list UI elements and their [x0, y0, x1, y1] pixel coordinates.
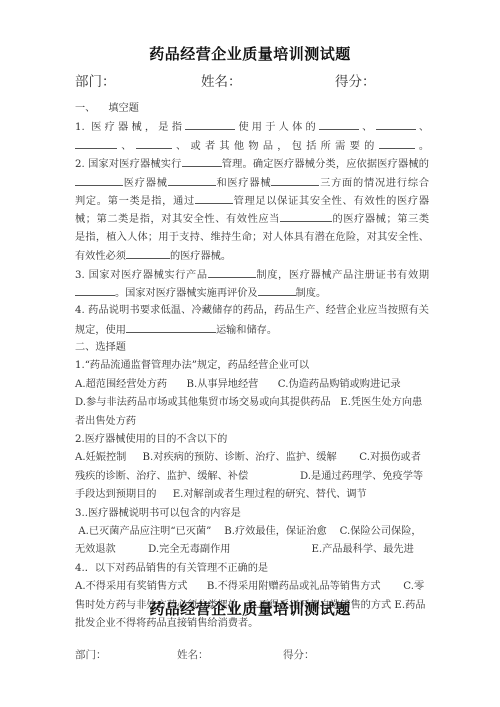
question-text: 械；第二类是指，对其安全性、有效性应当	[75, 214, 280, 225]
answer-blank[interactable]	[319, 118, 359, 130]
question-text: 、或者其他物品，包括所需要的	[172, 141, 379, 152]
fill-in-line: 4. 药品说明书要求低温、冷藏储存的药品，药品生产、经营企业应当按照有关	[75, 302, 429, 320]
answer-blank[interactable]	[126, 247, 170, 259]
answer-blank[interactable]	[271, 174, 319, 186]
answer-blank[interactable]	[195, 192, 233, 204]
choice-line: 2.医疗器械使用的目的不含以下的	[75, 431, 429, 449]
question-text: 判定。第一类是指，通过	[75, 196, 195, 207]
answer-blank[interactable]	[376, 118, 416, 130]
document-body: 一、 填空题 1. 医疗器械，是指使用于人体的、、、、或者其他物品，包括所需要的…	[75, 100, 429, 633]
choice-line: 无效退款 D.完全无毒副作用 E.产品最科学、最先进	[75, 541, 429, 559]
question-text: 医疗器械	[123, 178, 168, 189]
question-text: 运输和储存。	[216, 325, 277, 336]
fill-in-line: 3. 国家对医疗器械实行产品制度，医疗器械产品注册证书有效期	[75, 266, 429, 284]
question-text: 和医疗器械	[216, 178, 272, 189]
fill-in-line: 判定。第一类是指，通过管理足以保证其安全性、有效性的医疗器	[75, 192, 429, 210]
choice-line: 手段达到预期目的 E.对解剖或者生理过程的研究、替代、调节	[75, 486, 429, 504]
fill-in-questions: 1. 医疗器械，是指使用于人体的、、、、或者其他物品，包括所需要的。2. 国家对…	[75, 118, 429, 339]
question-text: 有效性必须	[75, 251, 126, 262]
question-text: 4. 药品说明书要求低温、冷藏储存的药品，药品生产、经营企业应当按照有关	[75, 305, 429, 316]
fill-in-line: 2. 国家对医疗器械实行管理。确定医疗器械分类，应依据医疗器械的	[75, 155, 429, 173]
choice-line: 1.“药品流通监督管理办法”规定，药品经营企业可以	[75, 357, 429, 375]
fill-in-line: 有效性必须的医疗器械。	[75, 247, 429, 265]
answer-blank[interactable]	[379, 137, 415, 149]
question-text: 。国家对医疗器械实施再评价及	[115, 288, 258, 299]
question-text: 管理足以保证其安全性、有效性的医疗器	[233, 196, 429, 207]
question-text: 、	[416, 122, 429, 133]
answer-blank[interactable]	[258, 284, 296, 296]
question-text: 是指，植入人体；用于支持、维持生命；对人体具有潜在危险，对其安全性、	[75, 232, 429, 243]
question-text: 三方面的情况进行综合	[319, 178, 429, 189]
answer-blank[interactable]	[75, 174, 123, 186]
question-text: 3. 国家对医疗器械实行产品	[75, 270, 208, 281]
dept-label-2: 部门：	[75, 647, 107, 662]
answer-blank[interactable]	[280, 210, 332, 222]
fill-in-line: 、、或者其他物品，包括所需要的。	[75, 137, 429, 155]
dept-label: 部门：	[75, 70, 116, 90]
second-page-title: 药品经营企业质量培训测试题	[0, 598, 500, 619]
document-page: 药品经营企业质量培训测试题 部门： 姓名： 得分： 一、 填空题 1. 医疗器械…	[0, 0, 500, 707]
document-title: 药品经营企业质量培训测试题	[0, 43, 500, 64]
choice-line: A.妊娠控制 B.对疾病的预防、诊断、治疗、监护、缓解 C.对损伤或者	[75, 449, 429, 467]
fill-in-line: 1. 医疗器械，是指使用于人体的、、	[75, 118, 429, 136]
answer-blank[interactable]	[185, 118, 235, 130]
name-label: 姓名：	[201, 70, 242, 90]
score-label: 得分：	[335, 70, 376, 90]
choice-line: 4.．以下对药品销售的有关管理不正确的是	[75, 560, 429, 578]
choice-line: A.已灭菌产品应注明“已灭菌” B.疗效最佳，保证治愈 C.保险公司保险，	[75, 523, 429, 541]
fill-in-line: 医疗器械和医疗器械三方面的情况进行综合	[75, 174, 429, 192]
question-text: 制度，医疗器械产品注册证书有效期	[256, 270, 429, 281]
question-text: 规定，使用	[75, 325, 126, 336]
answer-blank[interactable]	[126, 321, 216, 333]
answer-blank[interactable]	[168, 174, 216, 186]
choice-line: D.参与非法药品市场或其他集贸市场交易或向其提供药品 E.凭医生处方向患	[75, 394, 429, 412]
fill-in-line: 械；第二类是指，对其安全性、有效性应当的医疗器械；第三类	[75, 210, 429, 228]
choice-line: 者出售处方药	[75, 413, 429, 431]
question-text: 2. 国家对医疗器械实行	[75, 159, 182, 170]
name-label-2: 姓名：	[177, 647, 209, 662]
fill-in-line: 。国家对医疗器械实施再评价及制度。	[75, 284, 429, 302]
score-label-2: 得分：	[283, 647, 315, 662]
question-text: 、	[117, 141, 136, 152]
question-text: 1. 医疗器械，是指	[75, 122, 185, 133]
section-heading-choice: 二、选择题	[75, 339, 429, 357]
question-text: 制度。	[296, 288, 327, 299]
answer-blank[interactable]	[75, 284, 115, 296]
fill-in-line: 是指，植入人体；用于支持、维持生命；对人体具有潜在危险，对其安全性、	[75, 229, 429, 247]
choice-line: 3..医疗器械说明书可以包含的内容是	[75, 505, 429, 523]
choice-questions: 1.“药品流通监督管理办法”规定，药品经营企业可以A.超范围经营处方药 B.从事…	[75, 357, 429, 633]
question-text: 的医疗器械。	[170, 251, 231, 262]
choice-line: 残疾的诊断、治疗、监护、缓解、补偿 D.是通过药理学、免疫学等	[75, 468, 429, 486]
question-text: 、	[359, 122, 376, 133]
question-text: 使用于人体的	[235, 122, 319, 133]
question-text: 管理。确定医疗器械分类，应依据医疗器械的	[222, 159, 429, 170]
answer-blank[interactable]	[182, 155, 222, 167]
choice-line: A.不得采用有奖销售方式 B.不得采用附赠药品或礼品等销售方式 C.零	[75, 578, 429, 596]
question-text: 的医疗器械；第三类	[332, 214, 429, 225]
question-text: 。	[415, 141, 429, 152]
answer-blank[interactable]	[136, 137, 172, 149]
fill-in-line: 规定，使用运输和储存。	[75, 321, 429, 339]
answer-blank[interactable]	[208, 266, 256, 278]
answer-blank[interactable]	[75, 137, 117, 149]
choice-line: A.超范围经营处方药 B.从事异地经营 C.伪造药品购销或购进记录	[75, 376, 429, 394]
section-heading-fill-in: 一、 填空题	[75, 100, 429, 118]
